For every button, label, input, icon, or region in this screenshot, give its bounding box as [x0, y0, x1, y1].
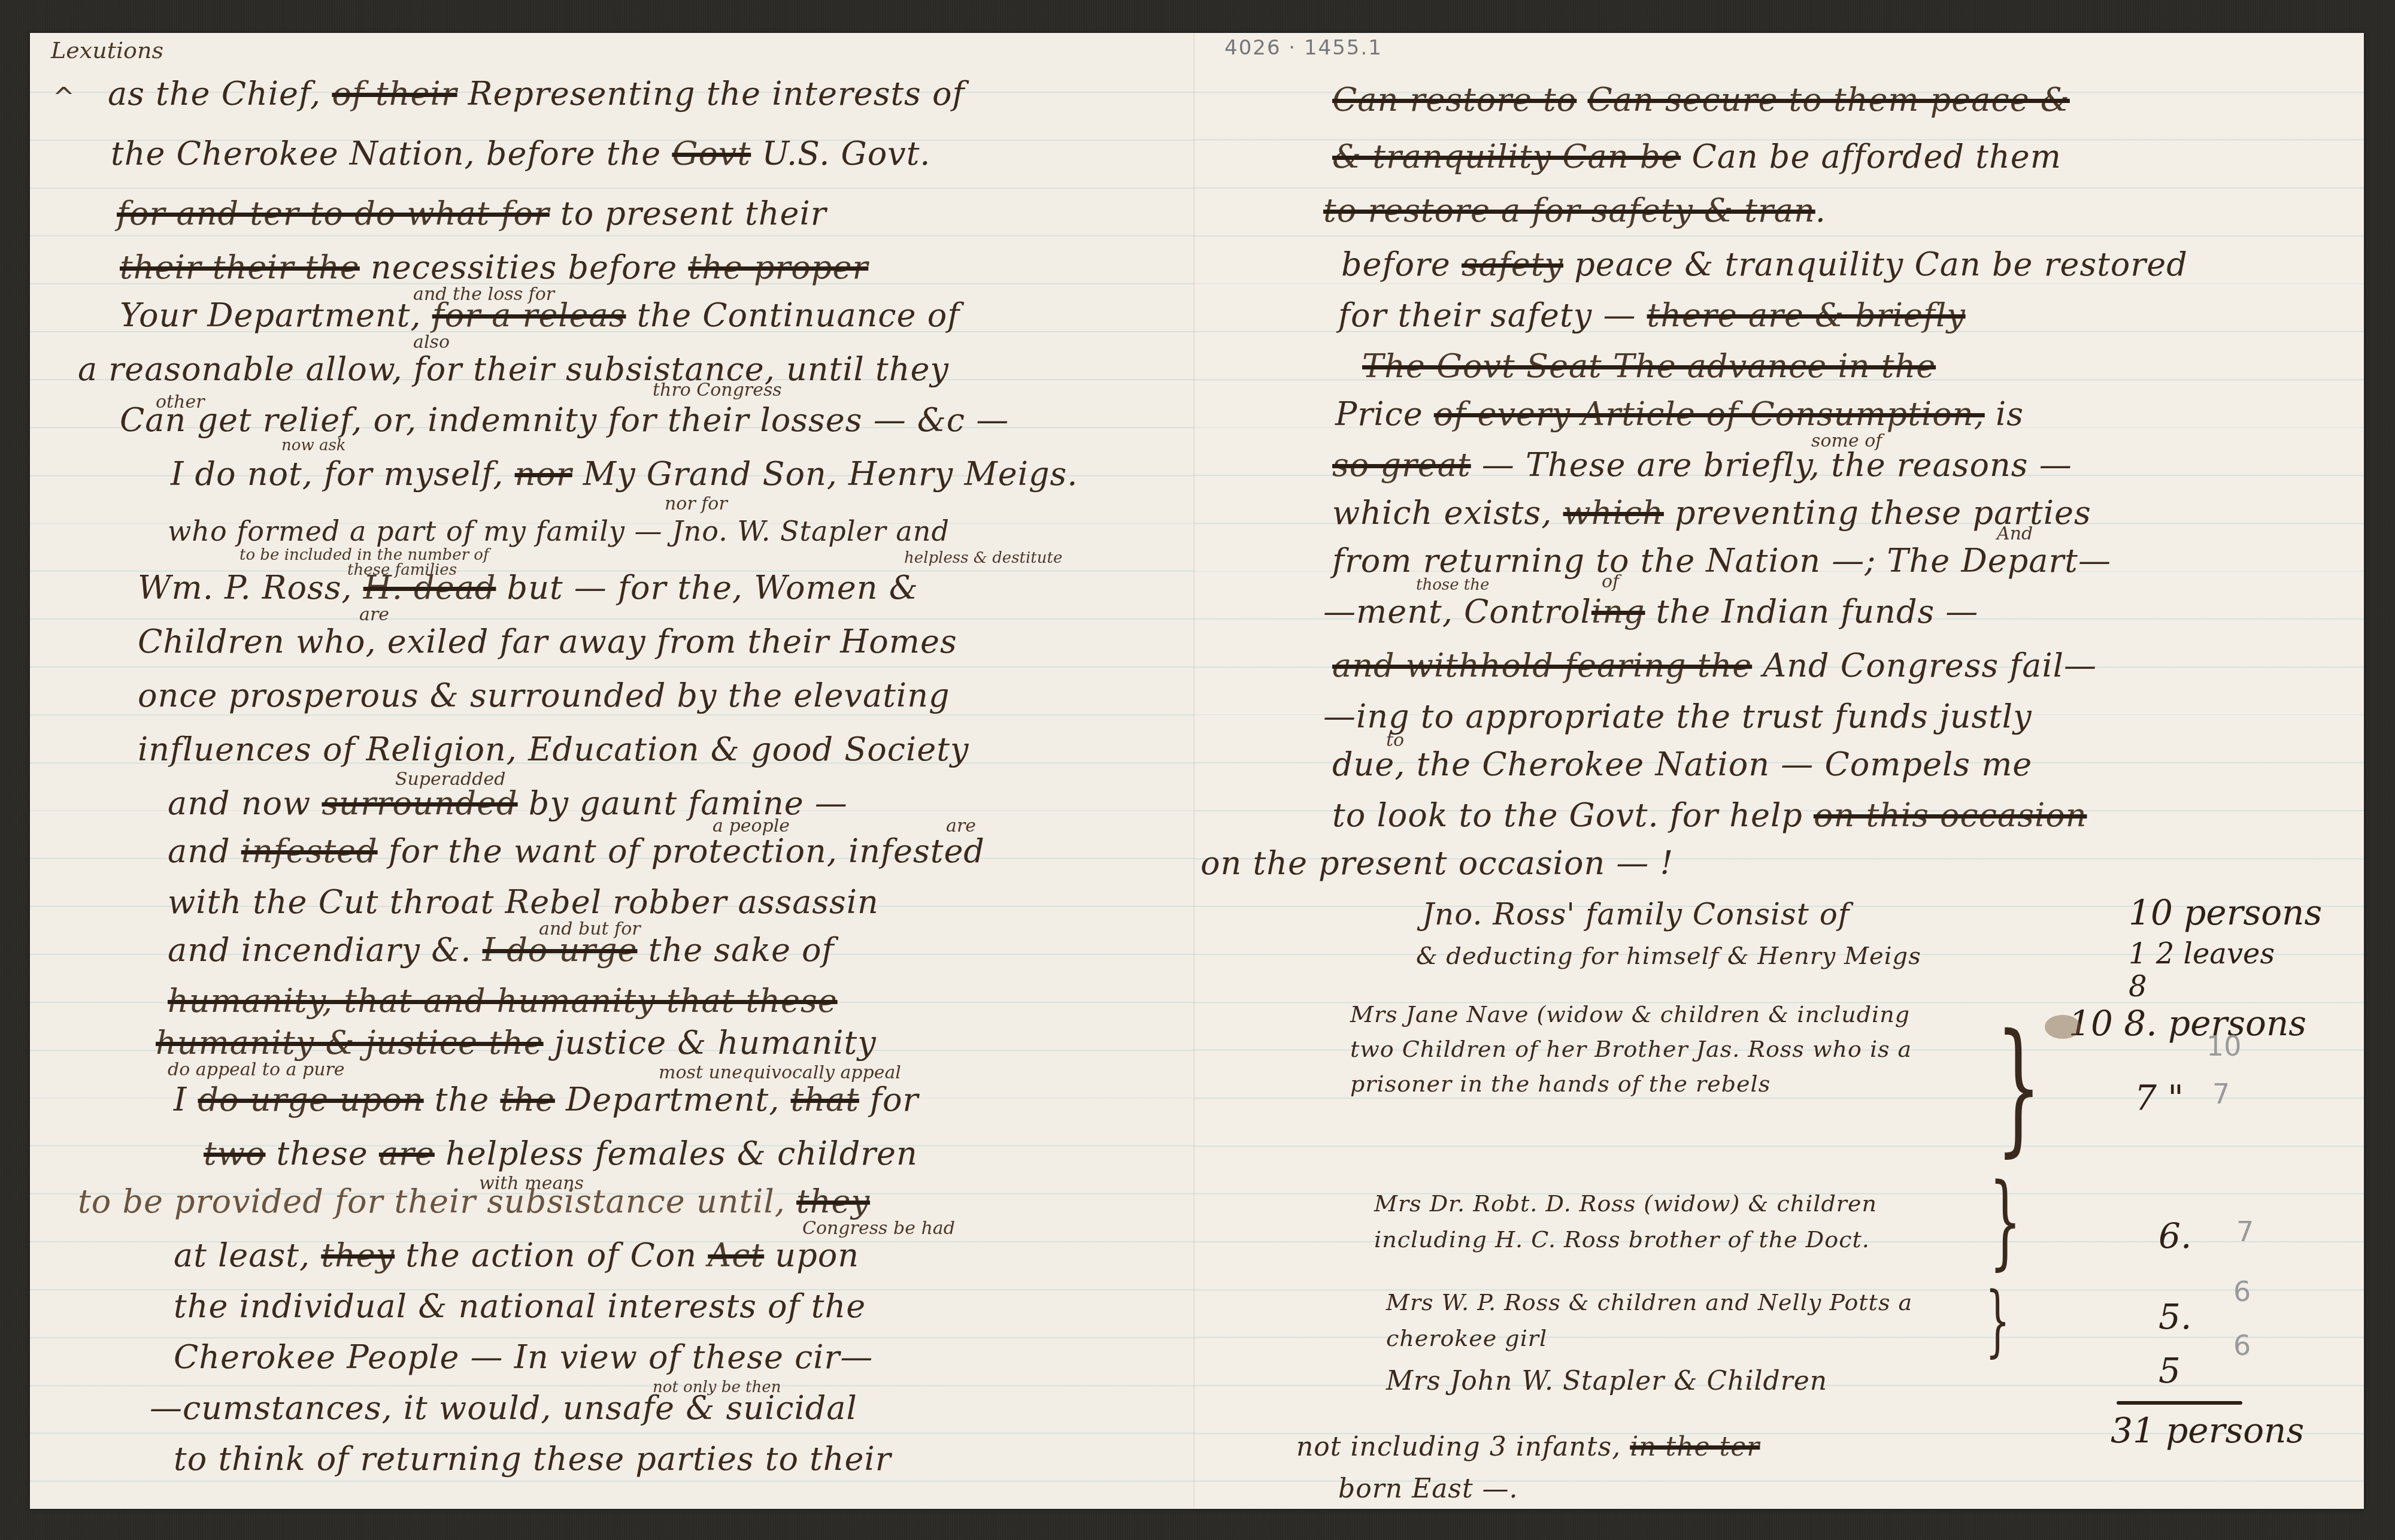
- insertion: And: [1997, 524, 2033, 544]
- pencil-tally: 6: [2233, 1329, 2251, 1362]
- brace: }: [1989, 1171, 2021, 1272]
- insertion: those the: [1416, 575, 1489, 595]
- right-page: 4026 · 1455.1 Can restore to Can secure …: [1195, 33, 2364, 1509]
- brace: }: [1996, 1015, 2041, 1159]
- text-line-3: to restore a for safety & tran.: [1323, 192, 1826, 230]
- text-line-15: to look to the Govt. for help on this oc…: [1332, 796, 2087, 835]
- footnote-line-1: not including 3 infants, in the ter: [1296, 1428, 1760, 1466]
- left-page-lower: for: [30, 33, 1195, 1509]
- row-2-count: 1 2 leaves: [2129, 937, 2275, 971]
- pencil-tally: 7: [2212, 1078, 2230, 1110]
- row-4-count: 6.: [2158, 1215, 2191, 1256]
- text-line-2: & tranquility Can be Can be afforded the…: [1332, 138, 2061, 176]
- row-6-count: 5: [2158, 1350, 2181, 1391]
- text-line-9: which exists, which preventing these par…: [1332, 494, 2091, 532]
- text-line-12: and withhold fearing the And Congress fa…: [1332, 647, 2097, 685]
- text-line-1: Can restore to Can secure to them peace …: [1332, 81, 2070, 119]
- brace: }: [1985, 1281, 2010, 1359]
- family-row-5: Mrs W. P. Ross & children and Nelly Pott…: [1386, 1284, 1961, 1356]
- text-line-11: —ment, Controling the Indian funds —: [1323, 593, 1978, 631]
- row-3-count: 7 ": [2135, 1078, 2184, 1118]
- pencil-tally: 6: [2233, 1275, 2251, 1308]
- family-row-4: Mrs Dr. Robt. D. Ross (widow) & children…: [1374, 1186, 1961, 1257]
- sum-rule: [2117, 1401, 2242, 1405]
- footnote-line-2: born East —.: [1338, 1470, 1518, 1508]
- row-2-subtotal: 8: [2129, 970, 2147, 1004]
- manuscript-sheet: Lexutions ^ as the Chief, of their Repre…: [30, 33, 2364, 1509]
- text-line-13: —ing to appropriate the trust funds just…: [1323, 698, 2032, 736]
- family-row-2: & deducting for himself & Henry Meigs: [1416, 937, 1921, 975]
- text-line-14: due, the Cherokee Nation — Compels me: [1332, 745, 2032, 784]
- row-5-count: 5.: [2158, 1296, 2191, 1337]
- subtotal: 10 8. persons: [2069, 1003, 2306, 1044]
- text-line-5: for their safety — there are & briefly: [1338, 296, 1966, 335]
- family-row-6: Mrs John W. Stapler & Children: [1386, 1362, 1827, 1400]
- text-line-6: The Govt Seat The advance in the: [1362, 347, 1936, 386]
- family-row-1: Jno. Ross' family Consist of: [1422, 895, 1850, 933]
- family-row-3: Mrs Jane Nave (widow & children & includ…: [1350, 997, 1961, 1101]
- ink-blot: [2045, 1015, 2081, 1039]
- text-line-8: so great — These are briefly, the reason…: [1332, 446, 2072, 484]
- insertion: of: [1602, 572, 1619, 592]
- row-1-count: 10 persons: [2129, 892, 2322, 933]
- text-line-7: Price of every Article of Consumption, i…: [1335, 395, 2024, 433]
- pencil-tally: 10: [2206, 1030, 2242, 1062]
- text-line-4: before safety peace & tranquility Can be…: [1341, 245, 2188, 284]
- total-count: 31 persons: [2111, 1410, 2304, 1451]
- text-line-16: on the present occasion — !: [1200, 844, 1674, 883]
- pencil-tally: 7: [2236, 1215, 2254, 1248]
- catalog-number: 4026 · 1455.1: [1224, 36, 1383, 60]
